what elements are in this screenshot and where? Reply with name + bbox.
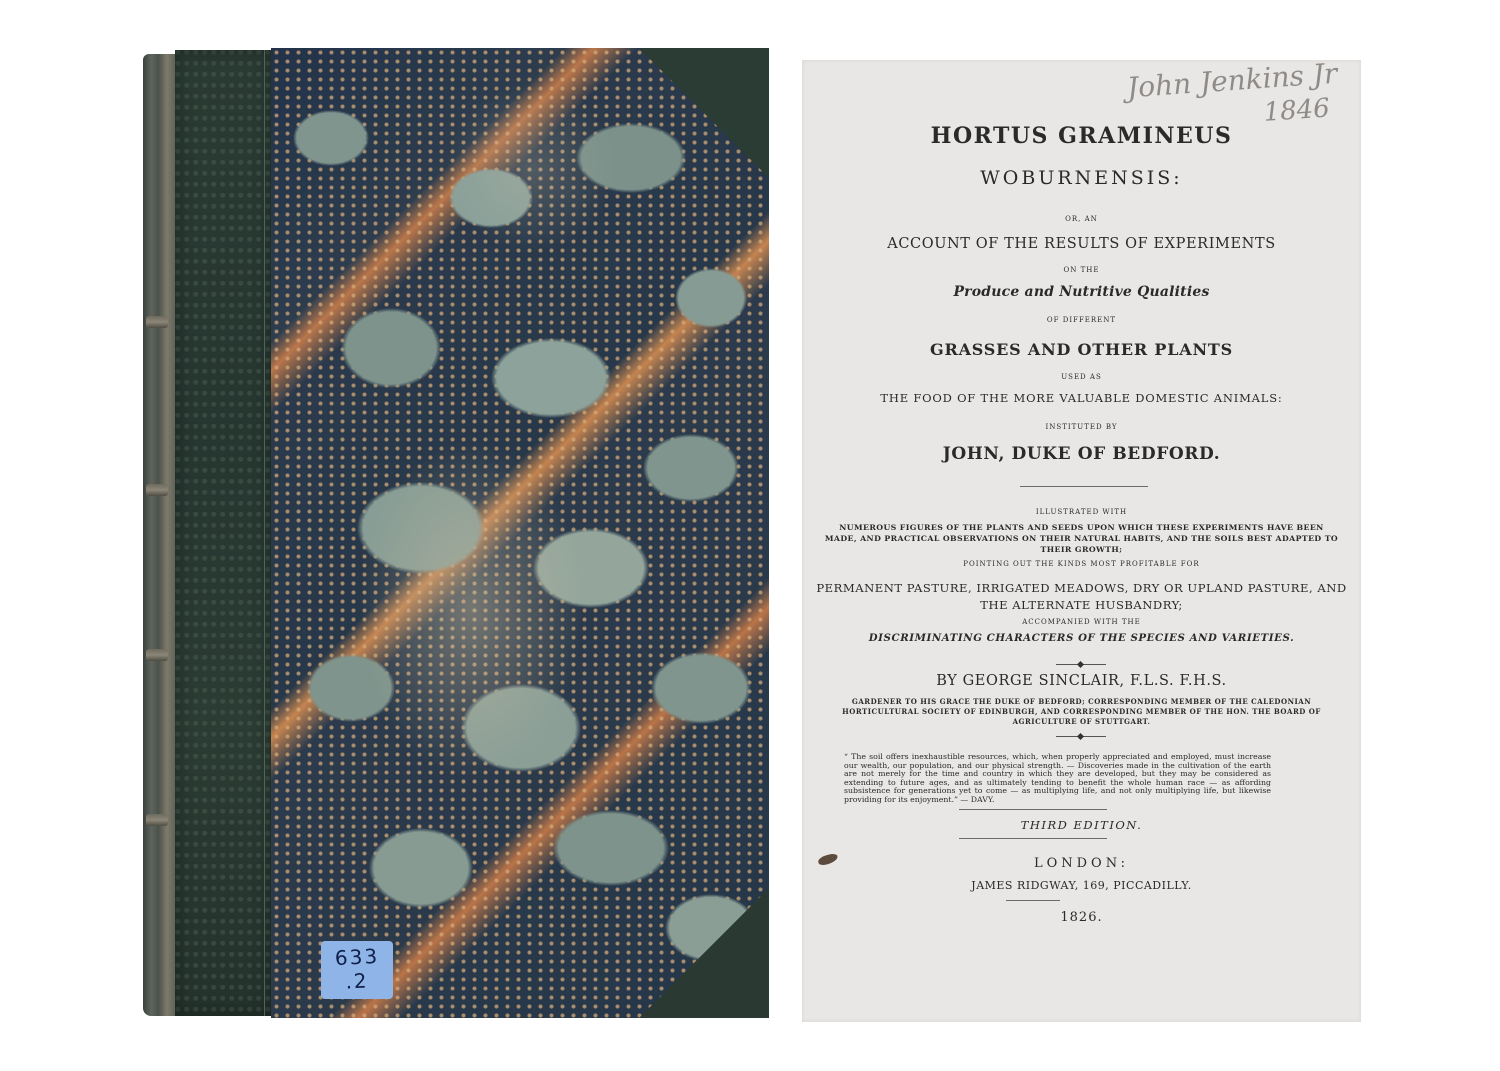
or-an-text: OR, AN <box>802 215 1361 223</box>
book-title: HORTUS GRAMINEUS <box>802 123 1361 149</box>
divider-rule <box>1006 900 1060 901</box>
imprint-place: LONDON: <box>802 856 1361 871</box>
spine-raised-band <box>146 316 168 328</box>
subtitle-produce: Produce and Nutritive Qualities <box>802 284 1361 300</box>
subtitle-grasses: GRASSES AND OTHER PLANTS <box>802 340 1361 359</box>
spine-raised-band <box>146 649 168 661</box>
divider-rule <box>959 838 1107 839</box>
subtitle-account: ACCOUNT OF THE RESULTS OF EXPERIMENTS <box>802 236 1361 252</box>
book-title-line2: WOBURNENSIS: <box>802 167 1361 189</box>
accompanied-text: ACCOMPANIED WITH THE <box>802 618 1361 626</box>
marbled-board <box>271 48 769 1018</box>
divider-rule <box>1020 486 1148 487</box>
title-page: John Jenkins Jr 1846 HORTUS GRAMINEUS WO… <box>802 60 1361 1022</box>
pasture-kinds: PERMANENT PASTURE, IRRIGATED MEADOWS, DR… <box>802 580 1361 614</box>
patron-name: JOHN, DUKE OF BEDFORD. <box>802 444 1361 464</box>
of-different-text: OF DIFFERENT <box>802 316 1361 324</box>
book-spine-edge <box>143 54 177 1016</box>
edition: THIRD EDITION. <box>802 818 1361 832</box>
book-cover: 633 .2 <box>143 48 769 1020</box>
leather-corner-top <box>639 48 769 178</box>
instituted-by-text: INSTITUTED BY <box>802 423 1361 431</box>
leather-spine-strip <box>175 50 273 1016</box>
illustrations-description: NUMEROUS FIGURES OF THE PLANTS AND SEEDS… <box>802 522 1361 555</box>
subtitle-food: THE FOOD OF THE MORE VALUABLE DOMESTIC A… <box>802 391 1361 405</box>
spine-raised-band <box>146 484 168 496</box>
author-credentials: GARDENER TO HIS GRACE THE DUKE OF BEDFOR… <box>802 697 1361 727</box>
davy-quotation: “ The soil offers inexhaustible resource… <box>802 753 1361 805</box>
imprint-publisher: JAMES RIDGWAY, 169, PICCADILLY. <box>802 879 1361 892</box>
divider-rule <box>959 809 1107 810</box>
imprint-year: 1826. <box>802 910 1361 925</box>
spine-raised-band <box>146 814 168 826</box>
used-as-text: USED AS <box>802 373 1361 381</box>
illustrated-with-text: ILLUSTRATED WITH <box>802 508 1361 516</box>
discriminating-characters: DISCRIMINATING CHARACTERS OF THE SPECIES… <box>802 632 1361 644</box>
on-the-text: ON THE <box>802 266 1361 274</box>
ornament-rule <box>1056 664 1106 665</box>
leather-corner-bottom <box>639 888 769 1018</box>
ornament-rule <box>1056 736 1106 737</box>
shelf-label-line2: .2 <box>320 967 393 995</box>
pointing-out-text: POINTING OUT THE KINDS MOST PROFITABLE F… <box>802 560 1361 568</box>
author-line: BY GEORGE SINCLAIR, F.L.S. F.H.S. <box>802 673 1361 689</box>
shelf-label: 633 .2 <box>321 941 393 999</box>
